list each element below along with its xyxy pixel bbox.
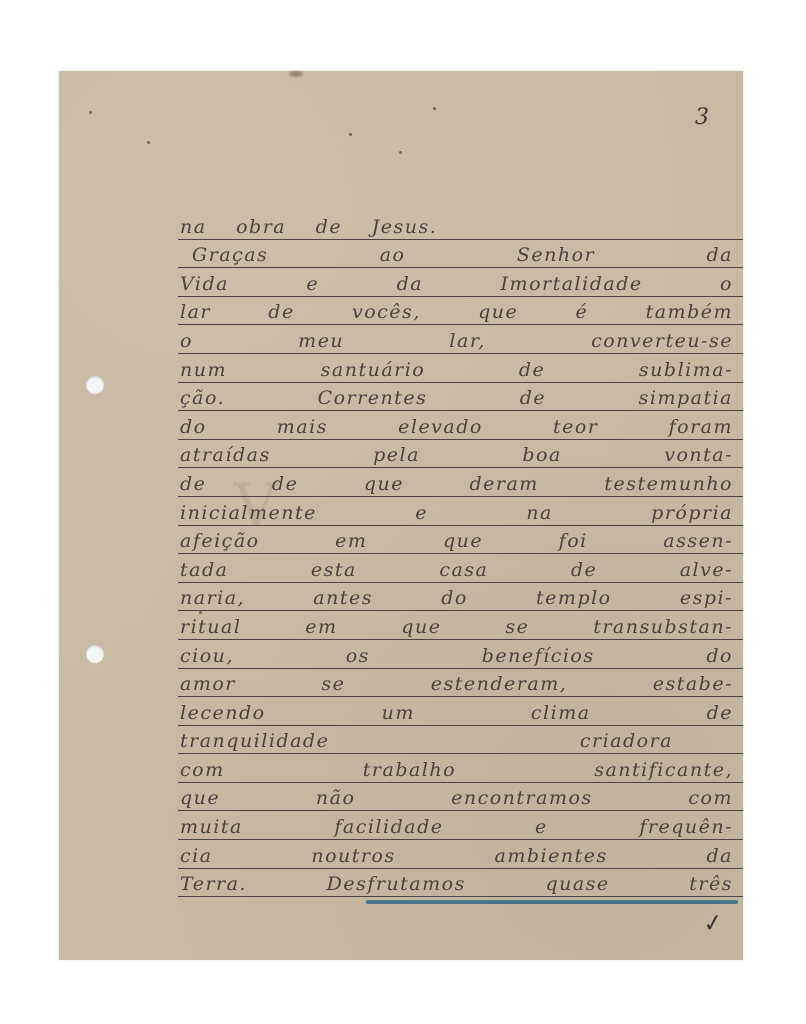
line-text: Terra. Desfrutamos quase três bbox=[180, 873, 733, 895]
text-line: num santuário de sublima- bbox=[178, 354, 743, 383]
line-text: cia noutros ambientes da bbox=[180, 845, 733, 867]
line-text: afeição em que foi assen- bbox=[180, 530, 733, 552]
line-text: de de que deram testemunho bbox=[180, 473, 733, 495]
line-text: lar de vocês, que é também bbox=[180, 301, 733, 323]
line-text: muita facilidade e frequên- bbox=[180, 816, 733, 838]
line-text: o meu lar, converteu-se bbox=[180, 330, 733, 352]
line-text: tada esta casa de alve- bbox=[180, 559, 733, 581]
text-line: Terra. Desfrutamos quase três bbox=[178, 869, 743, 898]
text-line: que não encontramos com bbox=[178, 783, 743, 812]
text-line: amor se estenderam, estabe- bbox=[178, 669, 743, 698]
paper-stain bbox=[289, 71, 303, 77]
text-line: lar de vocês, que é também bbox=[178, 297, 743, 326]
line-text: lecendo um clima de bbox=[180, 702, 733, 724]
line-text: na obra de Jesus. bbox=[180, 216, 733, 238]
line-text: inicialmente e na própria bbox=[180, 502, 733, 524]
line-text: ritual em que se transubstan- bbox=[180, 616, 733, 638]
checkmark-icon: ✓ bbox=[701, 908, 725, 939]
ruled-lines: na obra de Jesus. Graças ao Senhor da Vi… bbox=[178, 211, 743, 897]
punch-hole-top bbox=[86, 376, 104, 394]
text-line: muita facilidade e frequên- bbox=[178, 811, 743, 840]
text-line: Vida e da Imortalidade o bbox=[178, 268, 743, 297]
line-text: que não encontramos com bbox=[180, 787, 733, 809]
line-text: com trabalho santificante, bbox=[180, 759, 733, 781]
paper-speck bbox=[399, 151, 402, 154]
text-line: de de que deram testemunho bbox=[178, 468, 743, 497]
line-text: Vida e da Imortalidade o bbox=[180, 273, 733, 295]
text-line: tranquilidade criadora bbox=[178, 726, 743, 755]
blue-pencil-underline bbox=[366, 900, 738, 904]
text-line: tada esta casa de alve- bbox=[178, 554, 743, 583]
punch-hole-bottom bbox=[86, 645, 104, 663]
paper-speck bbox=[89, 111, 92, 114]
line-text: tranquilidade criadora bbox=[180, 730, 673, 752]
line-text: atraídas pela boa vonta- bbox=[180, 444, 733, 466]
line-text: ciou, os benefícios do bbox=[180, 645, 733, 667]
text-line: cia noutros ambientes da bbox=[178, 840, 743, 869]
text-line: inicialmente e na própria bbox=[178, 497, 743, 526]
line-text: amor se estenderam, estabe- bbox=[180, 673, 733, 695]
text-line: ciou, os benefícios do bbox=[178, 640, 743, 669]
text-line: do mais elevado teor foram bbox=[178, 411, 743, 440]
text-line: afeição em que foi assen- bbox=[178, 526, 743, 555]
text-line: lecendo um clima de bbox=[178, 697, 743, 726]
line-text: do mais elevado teor foram bbox=[180, 416, 733, 438]
text-line: com trabalho santificante, bbox=[178, 754, 743, 783]
line-text: Graças ao Senhor da bbox=[192, 244, 733, 266]
text-line: na obra de Jesus. bbox=[178, 211, 743, 240]
text-line: ritual em que se transubstan- bbox=[178, 611, 743, 640]
text-line: o meu lar, converteu-se bbox=[178, 325, 743, 354]
page-number: 3 bbox=[695, 105, 709, 130]
text-line: ção. Correntes de simpatia bbox=[178, 383, 743, 412]
text-line: atraídas pela boa vonta- bbox=[178, 440, 743, 469]
paper-speck bbox=[433, 107, 436, 110]
text-line: naria, antes do templo espi- bbox=[178, 583, 743, 612]
line-text: ção. Correntes de simpatia bbox=[180, 387, 733, 409]
paper-speck bbox=[349, 133, 352, 136]
line-text: num santuário de sublima- bbox=[180, 359, 733, 381]
document-page: 3 V na obra de Jesus. Graças ao Senhor d… bbox=[59, 71, 743, 960]
paper-speck bbox=[147, 141, 150, 144]
line-text: naria, antes do templo espi- bbox=[180, 587, 733, 609]
text-line: Graças ao Senhor da bbox=[178, 240, 743, 269]
